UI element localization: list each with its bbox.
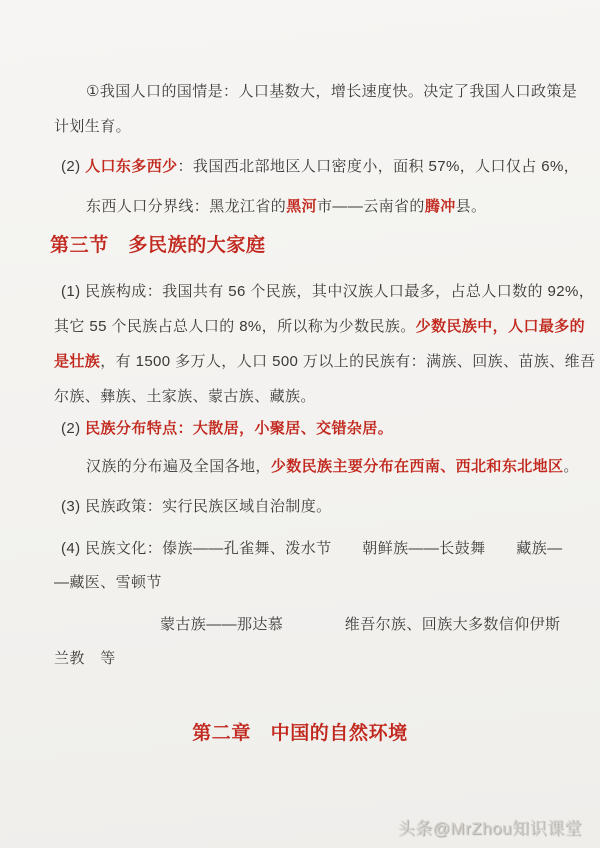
text-run: (2) bbox=[61, 158, 85, 175]
text-run: (2) bbox=[61, 420, 85, 437]
highlight-text-run: 黑河 bbox=[286, 198, 317, 215]
text-run: 汉族的分布遍及全国各地， bbox=[86, 458, 271, 475]
watermark: 头条@MrZhou知识课堂 bbox=[398, 814, 582, 839]
highlight-text-run: 第三节 多民族的大家庭 bbox=[50, 235, 266, 256]
section3-heading: 第三节 多民族的大家庭 bbox=[50, 234, 266, 258]
text-run: 市——云南省的 bbox=[317, 198, 425, 215]
item2-ethnic-distribution: (2) 民族分布特点：大散居，小聚居、交错杂居。 bbox=[61, 420, 393, 439]
text-run: 其它 55 个民族占总人口的 8%，所以称为少数民族。 bbox=[54, 318, 416, 335]
text-run: ：我国西北部地区人口密度小，面积 57%，人口仅占 6%， bbox=[178, 158, 580, 175]
population-boundary-line: 东西人口分界线：黑龙江省的黑河市——云南省的腾冲县。 bbox=[86, 198, 486, 217]
item4-ethnic-culture-line2: —藏医、雪顿节 bbox=[54, 574, 162, 593]
chapter2-heading: 第二章 中国的自然环境 bbox=[0, 722, 600, 746]
text-run: (1) 民族构成：我国共有 56 个民族，其中汉族人口最多，占总人口数的 92%… bbox=[61, 283, 594, 300]
han-distribution-line: 汉族的分布遍及全国各地，少数民族主要分布在西南、西北和东北地区。 bbox=[86, 458, 579, 477]
text-run: 。 bbox=[563, 458, 578, 475]
item1-ethnic-composition-line1: (1) 民族构成：我国共有 56 个民族，其中汉族人口最多，占总人口数的 92%… bbox=[61, 283, 594, 302]
highlight-text-run: 是壮族 bbox=[54, 353, 100, 370]
text-run: —藏医、雪顿节 bbox=[54, 574, 162, 591]
highlight-text-run: 少数民族中，人口最多的 bbox=[416, 318, 585, 335]
item1-ethnic-composition-line3: 是壮族，有 1500 多万人，人口 500 万以上的民族有：满族、回族、苗族、维… bbox=[54, 353, 595, 372]
text-run: 兰教 等 bbox=[54, 650, 116, 667]
highlight-text-run: 腾冲 bbox=[425, 198, 456, 215]
highlight-text-run: 少数民族主要分布在西南、西北和东北地区 bbox=[271, 458, 564, 475]
text-run: 东西人口分界线：黑龙江省的 bbox=[86, 198, 286, 215]
item2-population-distribution: (2) 人口东多西少：我国西北部地区人口密度小，面积 57%，人口仅占 6%， bbox=[61, 158, 579, 177]
text-run: ，有 1500 多万人，人口 500 万以上的民族有：满族、回族、苗族、维吾 bbox=[100, 353, 595, 370]
item4-ethnic-culture-line4: 兰教 等 bbox=[54, 650, 116, 669]
item4-ethnic-culture-line3: 蒙古族——那达慕 维吾尔族、回族大多数信仰伊斯 bbox=[160, 616, 560, 635]
item4-ethnic-culture-line1: (4) 民族文化：傣族——孔雀舞、泼水节 朝鲜族——长鼓舞 藏族— bbox=[61, 540, 563, 559]
highlight-text-run: 第二章 中国的自然环境 bbox=[192, 723, 408, 744]
item1-ethnic-composition-line2: 其它 55 个民族占总人口的 8%，所以称为少数民族。少数民族中，人口最多的 bbox=[54, 318, 585, 337]
text-run: 计划生育。 bbox=[54, 118, 131, 135]
highlight-text-run: 人口东多西少 bbox=[85, 158, 177, 175]
text-run: 蒙古族——那达慕 维吾尔族、回族大多数信仰伊斯 bbox=[160, 616, 560, 633]
text-run: 县。 bbox=[456, 198, 487, 215]
population-condition-line2: 计划生育。 bbox=[54, 118, 131, 137]
item3-ethnic-policy: (3) 民族政策：实行民族区域自治制度。 bbox=[61, 498, 332, 517]
document-page: ①我国人口的国情是：人口基数大，增长速度快。决定了我国人口政策是计划生育。(2)… bbox=[0, 0, 600, 848]
text-run: 尔族、彝族、土家族、蒙古族、藏族。 bbox=[54, 388, 316, 405]
text-run: (3) 民族政策：实行民族区域自治制度。 bbox=[61, 498, 332, 515]
population-condition-line1: ①我国人口的国情是：人口基数大，增长速度快。决定了我国人口政策是 bbox=[86, 83, 577, 102]
item1-ethnic-composition-line4: 尔族、彝族、土家族、蒙古族、藏族。 bbox=[54, 388, 316, 407]
highlight-text-run: 民族分布特点：大散居，小聚居、交错杂居。 bbox=[85, 420, 393, 437]
text-run: ①我国人口的国情是：人口基数大，增长速度快。决定了我国人口政策是 bbox=[86, 83, 577, 100]
text-run: (4) 民族文化：傣族——孔雀舞、泼水节 朝鲜族——长鼓舞 藏族— bbox=[61, 540, 563, 557]
